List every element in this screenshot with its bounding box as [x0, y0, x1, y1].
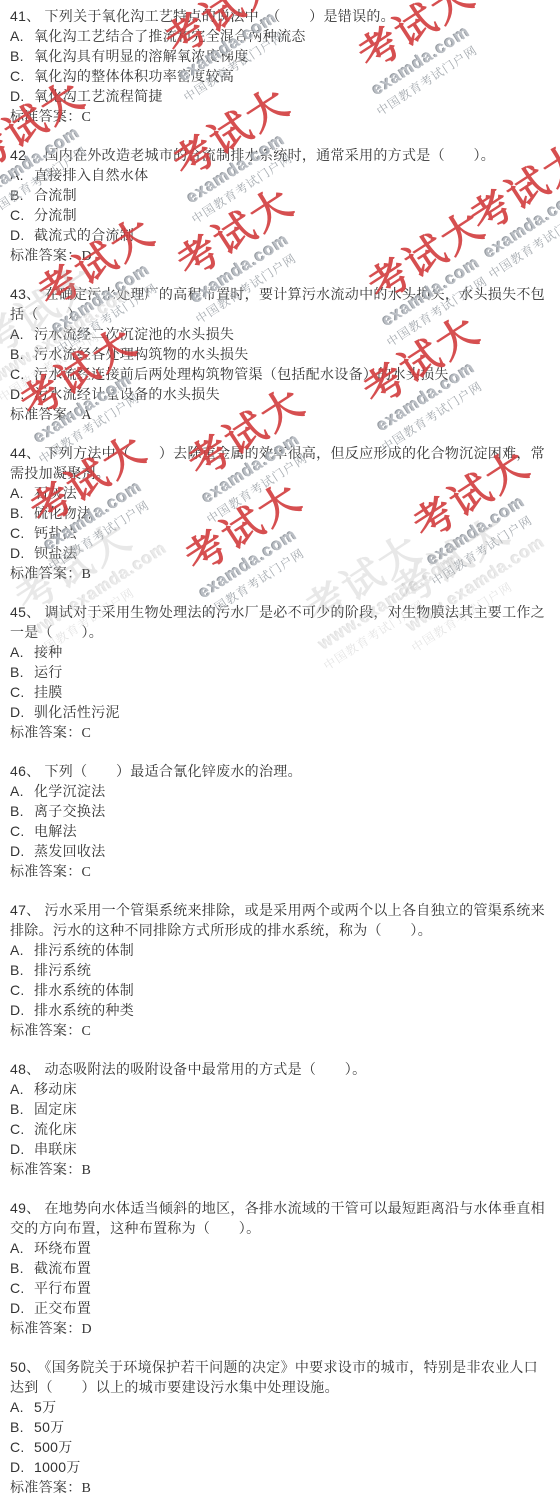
- option-label: D.: [10, 841, 34, 861]
- option-text: 污水流经各处理构筑物的水头损失: [34, 346, 249, 362]
- answer-prefix: 标准答案：: [10, 1320, 82, 1336]
- question-text: 污水采用一个管渠系统来排除，或是采用两个或两个以上各自独立的管渠系统来排除。污水…: [10, 902, 545, 938]
- option-row: C.电解法: [10, 821, 548, 841]
- answer-prefix: 标准答案：: [10, 724, 82, 740]
- option-row: C.500万: [10, 1437, 548, 1457]
- exam-page: 41、下列关于氧化沟工艺特点的说法中，（ ）是错误的。A.氧化沟工艺结合了推流和…: [0, 0, 560, 1495]
- option-row: D.钡盐法: [10, 543, 548, 563]
- question-number: 45、: [10, 604, 40, 620]
- question-number: 49、: [10, 1200, 40, 1216]
- question-text: 《国务院关于环境保护若干问题的决定》中要求设市的城市，特别是非农业人口达到（ ）…: [10, 1359, 538, 1395]
- option-text: 50万: [34, 1419, 64, 1435]
- option-row: B.氧化沟具有明显的溶解氧浓度梯度: [10, 46, 548, 66]
- answer-value: C: [82, 1024, 92, 1039]
- option-text: 合流制: [34, 187, 77, 203]
- option-row: D.驯化活性污泥: [10, 702, 548, 722]
- option-label: B.: [10, 662, 34, 682]
- option-text: 氧化沟具有明显的溶解氧浓度梯度: [34, 48, 249, 64]
- option-label: C.: [10, 980, 34, 1000]
- option-label: B.: [10, 1258, 34, 1278]
- option-text: 环绕布置: [34, 1240, 91, 1256]
- option-text: 氧化沟工艺流程简捷: [34, 88, 163, 104]
- option-text: 硫化物法: [34, 505, 91, 521]
- option-text: 固定床: [34, 1101, 77, 1117]
- question-number: 48、: [10, 1061, 40, 1077]
- option-label: A.: [10, 165, 34, 185]
- option-label: B.: [10, 344, 34, 364]
- option-row: A.排污系统的体制: [10, 940, 548, 960]
- option-row: D.污水流经计量设备的水头损失: [10, 384, 548, 404]
- question-stem: 48、动态吸附法的吸附设备中最常用的方式是（ ）。: [10, 1059, 548, 1079]
- answer-value: D: [82, 249, 92, 264]
- option-text: 石灰法: [34, 485, 77, 501]
- question-block: 44、下列方法中（ ）去除重金属的效率很高，但反应形成的化合物沉淀困难，常需投加…: [10, 443, 548, 585]
- option-label: D.: [10, 1139, 34, 1159]
- option-text: 污水流经计量设备的水头损失: [34, 386, 220, 402]
- option-text: 氧化沟的整体体积功率密度较高: [34, 68, 234, 84]
- option-text: 截流布置: [34, 1260, 91, 1276]
- question-block: 43、在确定污水处理厂的高程布置时，要计算污水流动中的水头损失，水头损失不包括（…: [10, 284, 548, 426]
- option-row: A.接种: [10, 642, 548, 662]
- option-label: A.: [10, 324, 34, 344]
- answer-prefix: 标准答案：: [10, 1161, 82, 1177]
- option-label: B.: [10, 801, 34, 821]
- option-row: C.挂膜: [10, 682, 548, 702]
- option-row: D.正交布置: [10, 1298, 548, 1318]
- option-text: 排水系统的体制: [34, 982, 134, 998]
- option-text: 排污系统的体制: [34, 942, 134, 958]
- question-stem: 46、下列（ ）最适合氰化锌废水的治理。: [10, 761, 548, 781]
- question-block: 50、《国务院关于环境保护若干问题的决定》中要求设市的城市，特别是非农业人口达到…: [10, 1357, 548, 1495]
- option-label: A.: [10, 642, 34, 662]
- answer-prefix: 标准答案：: [10, 406, 82, 422]
- option-row: A.环绕布置: [10, 1238, 548, 1258]
- question-number: 47、: [10, 902, 40, 918]
- option-row: A.移动床: [10, 1079, 548, 1099]
- answer-prefix: 标准答案：: [10, 1022, 82, 1038]
- option-label: B.: [10, 960, 34, 980]
- option-text: 挂膜: [34, 684, 63, 700]
- option-text: 直接排入自然水体: [34, 167, 148, 183]
- option-text: 截流式的合流制: [34, 227, 134, 243]
- option-label: D.: [10, 384, 34, 404]
- option-label: D.: [10, 1000, 34, 1020]
- option-text: 分流制: [34, 207, 77, 223]
- option-row: B.排污系统: [10, 960, 548, 980]
- option-label: D.: [10, 543, 34, 563]
- question-text: 调试对于采用生物处理法的污水厂是必不可少的阶段，对生物膜法其主要工作之一是（ ）…: [10, 604, 545, 640]
- question-number: 46、: [10, 763, 40, 779]
- question-stem: 44、下列方法中（ ）去除重金属的效率很高，但反应形成的化合物沉淀困难，常需投加…: [10, 443, 548, 483]
- question-block: 49、在地势向水体适当倾斜的地区，各排水流域的干管可以最短距离沿与水体垂直相交的…: [10, 1198, 548, 1340]
- option-row: B.硫化物法: [10, 503, 548, 523]
- question-block: 42、国内在外改造老城市的合流制排水系统时，通常采用的方式是（ ）。A.直接排入…: [10, 145, 548, 267]
- option-text: 驯化活性污泥: [34, 704, 120, 720]
- answer-value: B: [82, 567, 92, 582]
- option-text: 平行布置: [34, 1280, 91, 1296]
- answer-value: B: [82, 1163, 92, 1178]
- option-label: C.: [10, 364, 34, 384]
- option-label: A.: [10, 781, 34, 801]
- option-row: C.排水系统的体制: [10, 980, 548, 1000]
- option-text: 污水流经连接前后两处理构筑物管渠（包括配水设备）的水头损失: [34, 366, 449, 382]
- option-row: A.化学沉淀法: [10, 781, 548, 801]
- option-text: 排水系统的种类: [34, 1002, 134, 1018]
- option-text: 钡盐法: [34, 545, 77, 561]
- answer-prefix: 标准答案：: [10, 1479, 82, 1495]
- option-row: D.截流式的合流制: [10, 225, 548, 245]
- question-text: 下列（ ）最适合氰化锌废水的治理。: [44, 763, 301, 779]
- answer-line: 标准答案：D: [10, 1318, 548, 1340]
- option-text: 串联床: [34, 1141, 77, 1157]
- option-row: C.氧化沟的整体体积功率密度较高: [10, 66, 548, 86]
- answer-line: 标准答案：C: [10, 722, 548, 744]
- question-number: 44、: [10, 445, 40, 461]
- option-label: C.: [10, 66, 34, 86]
- option-label: A.: [10, 483, 34, 503]
- option-row: C.污水流经连接前后两处理构筑物管渠（包括配水设备）的水头损失: [10, 364, 548, 384]
- question-number: 50、: [10, 1359, 40, 1375]
- question-block: 46、下列（ ）最适合氰化锌废水的治理。A.化学沉淀法B.离子交换法C.电解法D…: [10, 761, 548, 883]
- option-row: B.运行: [10, 662, 548, 682]
- option-text: 化学沉淀法: [34, 783, 106, 799]
- option-label: C.: [10, 1437, 34, 1457]
- option-row: A.5万: [10, 1397, 548, 1417]
- option-label: C.: [10, 205, 34, 225]
- option-text: 移动床: [34, 1081, 77, 1097]
- question-block: 45、调试对于采用生物处理法的污水厂是必不可少的阶段，对生物膜法其主要工作之一是…: [10, 602, 548, 744]
- option-label: A.: [10, 1079, 34, 1099]
- question-stem: 47、污水采用一个管渠系统来排除，或是采用两个或两个以上各自独立的管渠系统来排除…: [10, 900, 548, 940]
- question-text: 在确定污水处理厂的高程布置时，要计算污水流动中的水头损失，水头损失不包括（ ）: [10, 286, 545, 322]
- option-row: A.污水流经二次沉淀池的水头损失: [10, 324, 548, 344]
- option-row: D.串联床: [10, 1139, 548, 1159]
- option-label: C.: [10, 1119, 34, 1139]
- option-row: C.流化床: [10, 1119, 548, 1139]
- option-row: B.污水流经各处理构筑物的水头损失: [10, 344, 548, 364]
- option-label: A.: [10, 1238, 34, 1258]
- option-row: A.石灰法: [10, 483, 548, 503]
- option-label: B.: [10, 185, 34, 205]
- answer-line: 标准答案：D: [10, 245, 548, 267]
- option-text: 正交布置: [34, 1300, 91, 1316]
- option-row: A.直接排入自然水体: [10, 165, 548, 185]
- option-label: D.: [10, 225, 34, 245]
- answer-value: D: [82, 1322, 92, 1337]
- option-row: D.1000万: [10, 1457, 548, 1477]
- option-label: B.: [10, 503, 34, 523]
- question-stem: 49、在地势向水体适当倾斜的地区，各排水流域的干管可以最短距离沿与水体垂直相交的…: [10, 1198, 548, 1238]
- option-label: D.: [10, 1457, 34, 1477]
- option-row: B.截流布置: [10, 1258, 548, 1278]
- answer-prefix: 标准答案：: [10, 108, 82, 124]
- option-label: C.: [10, 1278, 34, 1298]
- option-label: B.: [10, 46, 34, 66]
- option-text: 氧化沟工艺结合了推流和完全混合两种流态: [34, 28, 306, 44]
- question-stem: 41、下列关于氧化沟工艺特点的说法中，（ ）是错误的。: [10, 6, 548, 26]
- option-row: D.氧化沟工艺流程简捷: [10, 86, 548, 106]
- option-row: C.钙盐法: [10, 523, 548, 543]
- option-row: B.50万: [10, 1417, 548, 1437]
- answer-value: C: [82, 726, 92, 741]
- answer-line: 标准答案：C: [10, 106, 548, 128]
- question-number: 42、: [10, 147, 40, 163]
- option-row: C.分流制: [10, 205, 548, 225]
- question-text: 在地势向水体适当倾斜的地区，各排水流域的干管可以最短距离沿与水体垂直相交的方向布…: [10, 1200, 545, 1236]
- question-text: 国内在外改造老城市的合流制排水系统时，通常采用的方式是（ ）。: [44, 147, 495, 163]
- option-text: 500万: [34, 1439, 73, 1455]
- answer-value: C: [82, 865, 92, 880]
- question-block: 47、污水采用一个管渠系统来排除，或是采用两个或两个以上各自独立的管渠系统来排除…: [10, 900, 548, 1042]
- question-number: 41、: [10, 8, 40, 24]
- option-row: B.合流制: [10, 185, 548, 205]
- answer-prefix: 标准答案：: [10, 863, 82, 879]
- question-text: 动态吸附法的吸附设备中最常用的方式是（ ）。: [44, 1061, 366, 1077]
- question-stem: 45、调试对于采用生物处理法的污水厂是必不可少的阶段，对生物膜法其主要工作之一是…: [10, 602, 548, 642]
- answer-prefix: 标准答案：: [10, 565, 82, 581]
- answer-line: 标准答案：C: [10, 1020, 548, 1042]
- option-text: 5万: [34, 1399, 56, 1415]
- option-label: B.: [10, 1099, 34, 1119]
- option-text: 污水流经二次沉淀池的水头损失: [34, 326, 234, 342]
- option-text: 钙盐法: [34, 525, 77, 541]
- option-label: A.: [10, 26, 34, 46]
- option-text: 蒸发回收法: [34, 843, 106, 859]
- option-label: B.: [10, 1417, 34, 1437]
- option-text: 离子交换法: [34, 803, 106, 819]
- option-label: C.: [10, 682, 34, 702]
- option-text: 电解法: [34, 823, 77, 839]
- option-text: 流化床: [34, 1121, 77, 1137]
- answer-line: 标准答案：C: [10, 861, 548, 883]
- option-text: 运行: [34, 664, 63, 680]
- answer-line: 标准答案：A: [10, 404, 548, 426]
- option-label: D.: [10, 86, 34, 106]
- option-row: B.离子交换法: [10, 801, 548, 821]
- option-row: D.蒸发回收法: [10, 841, 548, 861]
- question-stem: 43、在确定污水处理厂的高程布置时，要计算污水流动中的水头损失，水头损失不包括（…: [10, 284, 548, 324]
- option-label: D.: [10, 702, 34, 722]
- answer-value: A: [82, 408, 92, 423]
- option-label: D.: [10, 1298, 34, 1318]
- option-text: 排污系统: [34, 962, 91, 978]
- option-row: A.氧化沟工艺结合了推流和完全混合两种流态: [10, 26, 548, 46]
- answer-prefix: 标准答案：: [10, 247, 82, 263]
- answer-value: B: [82, 1481, 92, 1495]
- option-row: D.排水系统的种类: [10, 1000, 548, 1020]
- question-text: 下列关于氧化沟工艺特点的说法中，（ ）是错误的。: [44, 8, 395, 24]
- option-label: A.: [10, 1397, 34, 1417]
- answer-line: 标准答案：B: [10, 563, 548, 585]
- option-label: A.: [10, 940, 34, 960]
- option-label: C.: [10, 523, 34, 543]
- question-stem: 50、《国务院关于环境保护若干问题的决定》中要求设市的城市，特别是非农业人口达到…: [10, 1357, 548, 1397]
- question-block: 41、下列关于氧化沟工艺特点的说法中，（ ）是错误的。A.氧化沟工艺结合了推流和…: [10, 6, 548, 128]
- question-block: 48、动态吸附法的吸附设备中最常用的方式是（ ）。A.移动床B.固定床C.流化床…: [10, 1059, 548, 1181]
- answer-line: 标准答案：B: [10, 1159, 548, 1181]
- option-label: C.: [10, 821, 34, 841]
- question-list: 41、下列关于氧化沟工艺特点的说法中，（ ）是错误的。A.氧化沟工艺结合了推流和…: [0, 0, 560, 1495]
- option-row: B.固定床: [10, 1099, 548, 1119]
- option-row: C.平行布置: [10, 1278, 548, 1298]
- question-number: 43、: [10, 286, 40, 302]
- question-text: 下列方法中（ ）去除重金属的效率很高，但反应形成的化合物沉淀困难，常需投加凝聚剂…: [10, 445, 545, 481]
- option-text: 接种: [34, 644, 63, 660]
- answer-value: C: [82, 110, 92, 125]
- option-text: 1000万: [34, 1459, 81, 1475]
- question-stem: 42、国内在外改造老城市的合流制排水系统时，通常采用的方式是（ ）。: [10, 145, 548, 165]
- answer-line: 标准答案：B: [10, 1477, 548, 1495]
